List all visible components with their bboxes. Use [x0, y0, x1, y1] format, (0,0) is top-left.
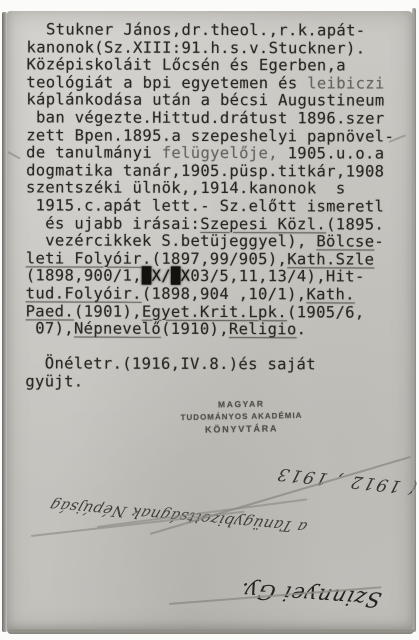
typed-segment: (1898,900/1,: [26, 267, 142, 285]
typed-text: Stukner János,dr.theol.,r.k.apát-kanonok…: [25, 21, 406, 392]
stamp-line-1: MAGYAR: [159, 398, 324, 411]
scan-edge-left: [2, 12, 7, 632]
typed-segment: -: [374, 233, 384, 251]
catalog-card: Stukner János,dr.theol.,r.k.apát-kanonok…: [7, 11, 413, 631]
typed-segment: szentszéki ülnök,,1914.kanonok s: [26, 179, 346, 198]
typed-segment: Népnevelő: [74, 320, 161, 338]
typed-segment: Bölcse: [316, 232, 374, 250]
typed-segment: Stukner János,dr.theol.,r.k.apát-: [27, 20, 366, 39]
typed-segment: kanonok(Sz.XIII:91.h.s.v.Stuckner).: [27, 38, 366, 57]
scan-edge-bottom: [7, 629, 414, 634]
typed-segment: ban végezte.Hittud.drátust 1896.szer: [26, 108, 384, 127]
stamp-line-2: TUDOMÁNYOS AKADÉMIA: [159, 411, 324, 423]
typed-segment: (1905/6,: [287, 303, 365, 321]
typed-segment: tud.Folyóir.: [26, 284, 142, 302]
typed-segment: dogmatika tanár,1905.püsp.titkár,1908: [26, 161, 384, 180]
stamp-line-3: KÖNYVTÁRA: [159, 423, 324, 436]
typed-segment: (1895.: [326, 215, 384, 233]
typed-line: gyüjt.: [25, 373, 405, 392]
typed-segment: felügyelője,: [162, 144, 278, 162]
typed-segment: Középiskoláit Lőcsén és Egerben,a: [26, 56, 346, 75]
typed-segment: Religio: [229, 320, 297, 338]
typed-segment: (1901),: [74, 302, 142, 320]
typed-segment: (1898,904 ,10/1),: [142, 285, 307, 304]
typed-segment: de tanulmányi: [26, 143, 162, 161]
typed-segment: █X/█X: [142, 267, 190, 285]
library-stamp: MAGYAR TUDOMÁNYOS AKADÉMIA KÖNYVTÁRA: [159, 398, 325, 436]
typed-segment: 07),: [26, 319, 74, 337]
typed-segment: és ujabb irásai:: [26, 214, 200, 233]
typed-segment: vezércikkek S.betüjeggyel),: [26, 231, 317, 250]
typed-segment: gyüjt.: [25, 372, 83, 390]
typed-segment: Egyet.Krit.Lpk.: [142, 302, 287, 321]
typed-segment: (1910),: [161, 320, 229, 338]
pencil-mark: [8, 151, 21, 159]
typed-segment: káplánkodása után a bécsi Augustineum: [26, 91, 384, 110]
typed-segment: teológiát a bpi egyetemen és: [26, 73, 307, 92]
typed-line: 07),Népnevelő(1910),Religio.: [26, 320, 406, 339]
typed-segment: 1915.c.apát lett.- Sz.előtt ismeretl: [26, 196, 384, 215]
typed-segment: .: [297, 320, 307, 338]
typed-segment: (1897,99/905),: [152, 249, 288, 267]
typed-segment: leibiczi: [307, 74, 385, 92]
typed-segment: Paed.: [26, 302, 74, 320]
typed-segment: Szepesi Közl.: [200, 214, 326, 232]
typed-segment: 03/5,11,13/4),Hit-: [190, 267, 364, 286]
typed-segment: Kath.Szle: [287, 250, 374, 268]
typed-segment: 1905.u.o.a: [278, 144, 385, 162]
typed-segment: zett Bpen.1895.a szepeshelyi papnövel-: [26, 126, 394, 145]
scan-edge-right: [412, 8, 416, 632]
typed-segment: Önéletr.(1916,IV.8.)és saját: [25, 355, 316, 374]
typed-segment: Kath.: [306, 285, 354, 303]
typed-segment: leti Folyóir.: [26, 249, 152, 267]
